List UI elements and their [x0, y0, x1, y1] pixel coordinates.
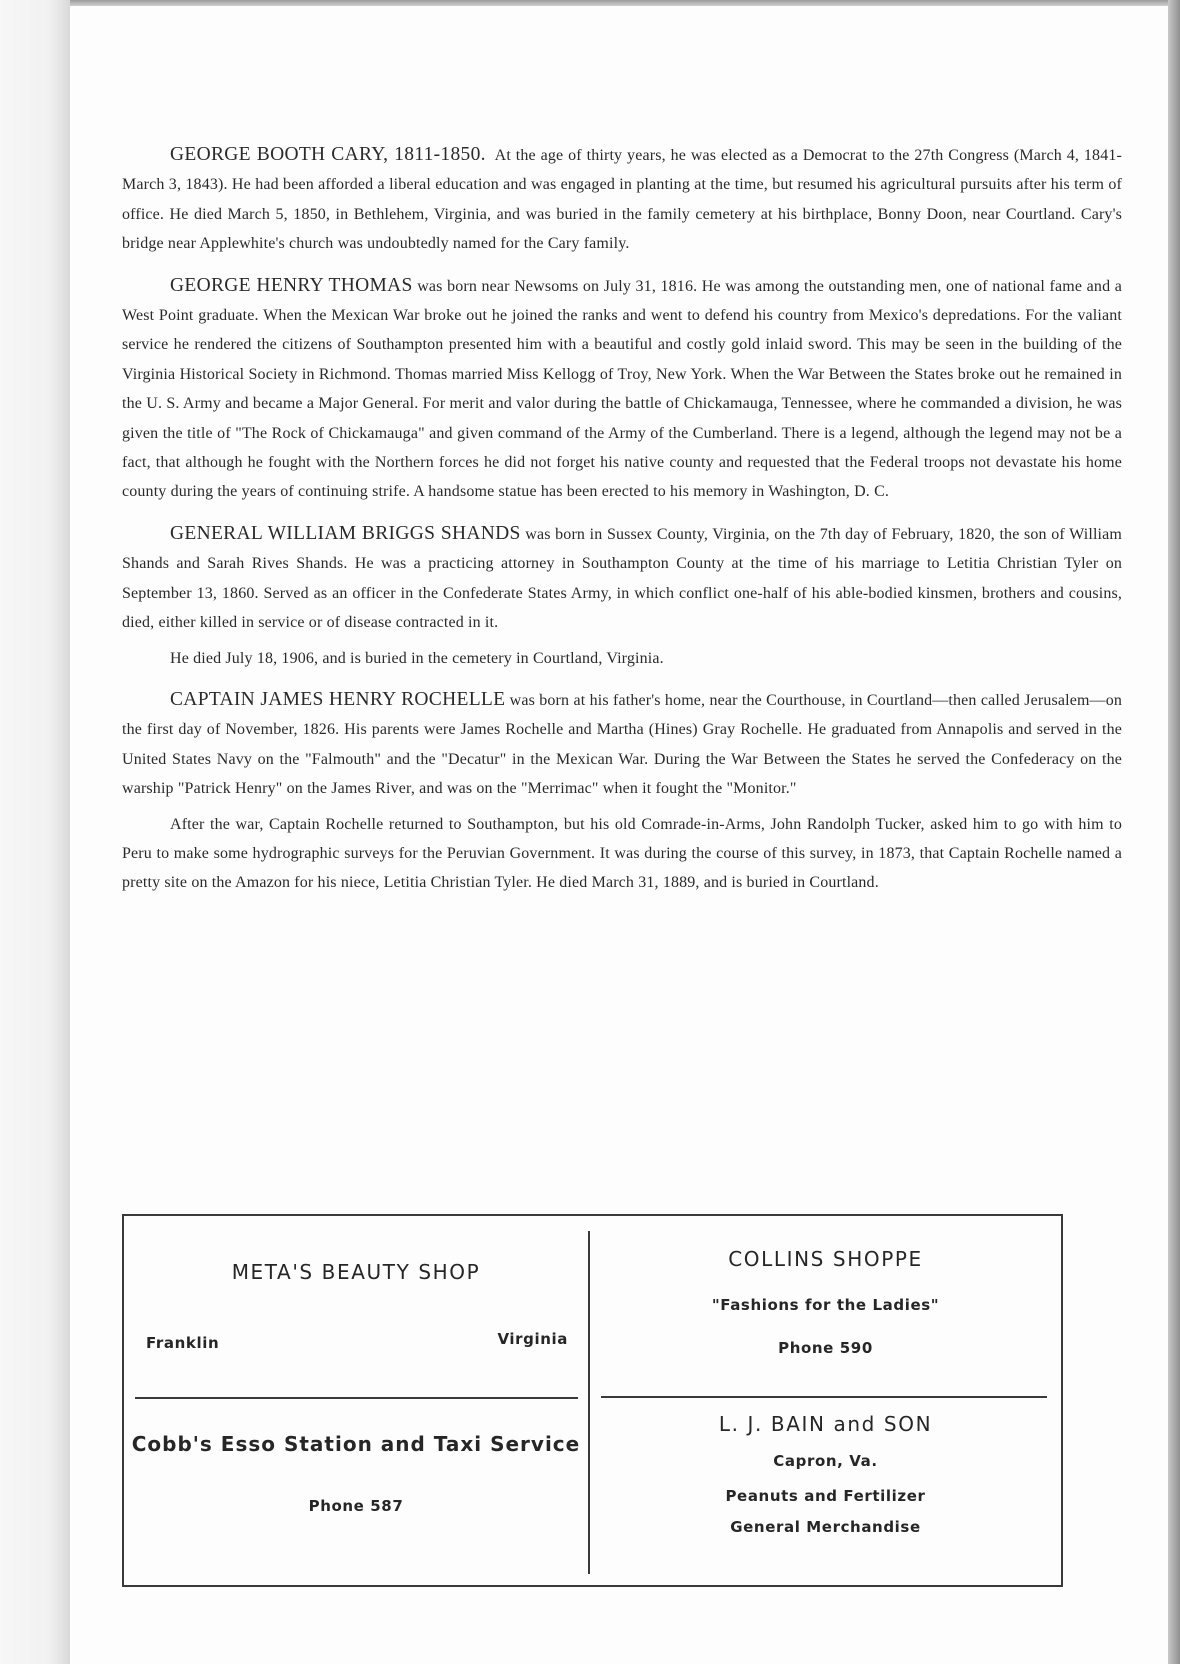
biography-thomas: GEORGE HENRY THOMAS was born near Newsom…	[122, 271, 1122, 507]
biography-shands-death: He died July 18, 1906, and is buried in …	[122, 644, 1122, 673]
biography-text: After the war, Captain Rochelle returned…	[122, 816, 1122, 892]
ad-phone: Phone 590	[590, 1339, 1061, 1357]
ad-title: COLLINS SHOPPE	[590, 1247, 1061, 1271]
biography-cary: GEORGE BOOTH CARY, 1811-1850. At the age…	[122, 140, 1122, 259]
ad-lj-bain-and-son: L. J. BAIN and SON Capron, Va. Peanuts a…	[590, 1398, 1061, 1585]
ad-cobbs-esso-station: Cobb's Esso Station and Taxi Service Pho…	[124, 1399, 588, 1585]
biography-rochelle-later: After the war, Captain Rochelle returned…	[122, 810, 1122, 898]
ad-products: General Merchandise	[590, 1518, 1061, 1536]
ad-city: Franklin	[146, 1334, 219, 1352]
scan-right-edge	[1168, 0, 1180, 1664]
person-name: GEORGE HENRY THOMAS	[170, 275, 413, 296]
ad-title: META'S BEAUTY SHOP	[124, 1260, 588, 1284]
ad-title: L. J. BAIN and SON	[590, 1412, 1061, 1436]
advertisement-box: META'S BEAUTY SHOP Franklin Virginia COL…	[122, 1214, 1063, 1587]
biographies: GEORGE BOOTH CARY, 1811-1850. At the age…	[122, 140, 1122, 910]
ad-state: Virginia	[497, 1330, 568, 1348]
ad-tagline: "Fashions for the Ladies"	[590, 1296, 1061, 1314]
biography-text: He died July 18, 1906, and is buried in …	[170, 650, 664, 667]
biography-rochelle: CAPTAIN JAMES HENRY ROCHELLE was born at…	[122, 685, 1122, 804]
ad-collins-shoppe: COLLINS SHOPPE "Fashions for the Ladies"…	[590, 1216, 1061, 1396]
ad-location: Capron, Va.	[590, 1452, 1061, 1470]
biography-shands: GENERAL WILLIAM BRIGGS SHANDS was born i…	[122, 519, 1122, 638]
person-name: GENERAL WILLIAM BRIGGS SHANDS	[170, 523, 521, 544]
ad-metas-beauty-shop: META'S BEAUTY SHOP Franklin Virginia	[124, 1216, 588, 1396]
person-name: GEORGE BOOTH CARY, 1811-1850.	[170, 144, 486, 165]
ad-phone: Phone 587	[124, 1497, 588, 1515]
ad-title: Cobb's Esso Station and Taxi Service	[124, 1432, 588, 1456]
scan-left-margin	[0, 0, 70, 1664]
person-name: CAPTAIN JAMES HENRY ROCHELLE	[170, 689, 505, 710]
biography-text: was born near Newsoms on July 31, 1816. …	[122, 278, 1122, 501]
ad-products: Peanuts and Fertilizer	[590, 1487, 1061, 1505]
document-page: GEORGE BOOTH CARY, 1811-1850. At the age…	[70, 6, 1168, 1664]
